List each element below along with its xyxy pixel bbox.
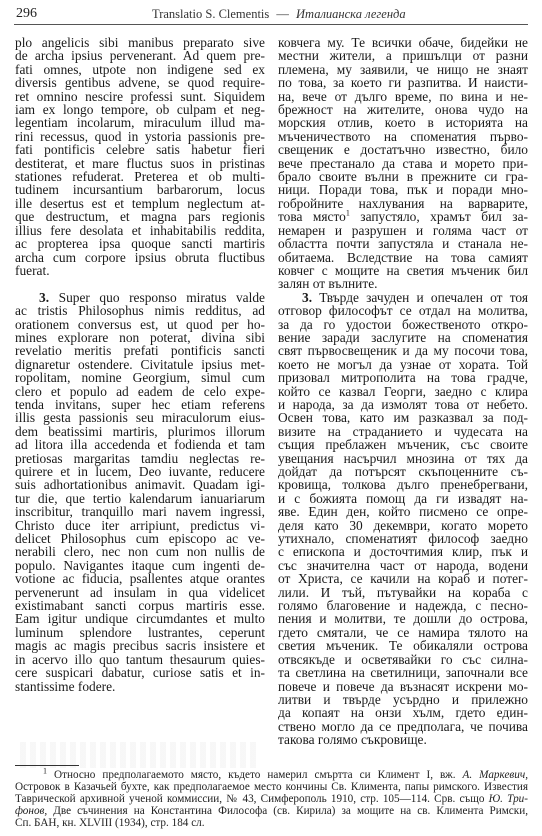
text-line: утихнало, споменатият философ заедно <box>278 532 528 545</box>
text-line: по това, за което ги разпитва. И наисти- <box>278 76 528 89</box>
text-line: dem beatissimi martiris, plurimos illoru… <box>15 425 265 438</box>
text-line: de archa ipsius pervenerant. Ad quem pre… <box>15 49 265 62</box>
text-line: stationes refuderat. Preterea et ob mult… <box>15 170 265 183</box>
text-line: ствено могло да се предполага, че почива <box>278 720 528 733</box>
text-line: destiterat, et mare fluctus suos in pris… <box>15 157 265 170</box>
footnote-marker: 1 <box>43 766 47 775</box>
text-line: свят първосвещеник и да му посочи това, <box>278 344 528 357</box>
text-line: fati pontificis celebre satis habetur fi… <box>15 143 265 156</box>
text-line: cere suspicari dabatur, curiose satis et… <box>15 666 265 679</box>
text-line: tur die, que tertio kalendarum ianuariar… <box>15 492 265 505</box>
text-line: revelatio meritis prefati pontificis san… <box>15 344 265 357</box>
text-line: което не могъл да узнае от хората. Той <box>278 358 528 371</box>
text-line: magis ac magis precibus sacris insistere… <box>15 639 265 652</box>
text-line: pervenerunt ad insulam in qua videlicet <box>15 586 265 599</box>
text-line: quirere et in lucem, Deo iuvante, reduce… <box>15 465 265 478</box>
text-line: illis gesta passionis seu miraculorum ei… <box>15 411 265 424</box>
text-line: деля като 30 декември, когато морето <box>278 519 528 532</box>
text-line: diversis gentibus advene, se quod requir… <box>15 76 265 89</box>
latin-paragraph-2-end: plo angelicis sibi manibus preparato siv… <box>15 36 265 277</box>
footnote-line-5: Сп. БАН, кн. XLVIII (1934), стр. 184 сл. <box>15 818 528 830</box>
text-line: mines explorare non poterat, divina sibi <box>15 331 265 344</box>
text-line: увещания насърчил мнозина от тях да <box>278 452 528 465</box>
text-line: illius fere desolata et inhabitabilis re… <box>15 224 265 237</box>
bulgarian-paragraph-2-end: ковчега му. Те всички обаче, бидейки нем… <box>278 36 528 210</box>
text-line: племена, му заявили, че нищо не знаят <box>278 63 528 76</box>
text-line: Christo duce iter arripiunt, predictus v… <box>15 519 265 532</box>
text-line: голямо благовение и надежда, с песно- <box>278 599 528 612</box>
text-line: nerabili clero, nec non cum non nullis d… <box>15 545 265 558</box>
text-line: визите на страданието и чудесата на <box>278 425 528 438</box>
text-line: областта почти запустяла и станала не- <box>278 237 528 250</box>
text-line: за да го удостои божественото откро- <box>278 318 528 331</box>
text-line: от Христа, се качили на кораб и потег- <box>278 572 528 585</box>
text-line: orationem conversus est, ut quod per ho- <box>15 318 265 331</box>
text-line: dignaretur ostendere. Civitatule ipsius … <box>15 358 265 371</box>
text-line: fuerat. <box>15 264 265 277</box>
running-title: Translatio S. Clementis — Италианска лег… <box>152 7 406 22</box>
running-title-latin: Translatio S. Clementis <box>152 7 269 21</box>
page-number: 296 <box>16 6 37 22</box>
text-line: брежност на жителите, онова чудо на <box>278 103 528 116</box>
text-line: брало своите вълни в прежните си гра- <box>278 170 528 183</box>
text-line: на, вече от дълго време, по вина и не- <box>278 90 528 103</box>
text-line: гдето смятали, че се намира тялото на <box>278 626 528 639</box>
text-line: яве. Един ден, който писмено се опре- <box>278 505 528 518</box>
text-line: clero et populo ad eadem de celo expe- <box>15 385 265 398</box>
text-line: ници. Поради това, пък и поради мно- <box>278 183 528 196</box>
bulgarian-paragraph-3-first-line: 3. Твърде зачуден и опечален от тоя <box>278 291 528 304</box>
latin-paragraph-3-first-line: 3. Super quo responso miratus valde <box>15 291 265 304</box>
text-line: литви и твърде усърдно и прилежно <box>278 693 528 706</box>
text-line: ret omnino nescire professi sunt. Siquid… <box>15 90 265 103</box>
text-line: отговор философът се отдал на молитва, <box>278 304 528 317</box>
bulgarian-paragraph-2-rest: немарен и разрушен и голяма част отоблас… <box>278 224 528 291</box>
bulgarian-text-column: ковчега му. Те всички обаче, бидейки нем… <box>278 36 528 747</box>
text-line: светия мъченик. Те обикаляли острова <box>278 639 528 652</box>
text-line: обитаема. Вследствие на това самият <box>278 251 528 264</box>
footnote-line-4: фонов, Две съчинения на Константина Фило… <box>15 806 528 818</box>
text-line: и с божията помощ да ги извадят на- <box>278 492 528 505</box>
text-line: ковчега му. Те всички обаче, бидейки не <box>278 36 528 49</box>
text-line: да копаят на онзи хълм, гдето един- <box>278 706 528 719</box>
text-line: лили. И тъй, пътувайки на кораба с <box>278 586 528 599</box>
text-line: с епископа и досточтимия клир, пък и <box>278 545 528 558</box>
text-line: suis adhortationibus animavit. Quadam ig… <box>15 478 265 491</box>
text-line: пения и молитви, те дошли до острова, <box>278 612 528 625</box>
text-line: ac propterea ipsa quoque sancti martiris <box>15 237 265 250</box>
text-line: вение заради заслугите на споменатия <box>278 331 528 344</box>
text-line: inscribitur, tranquillo mari navem ingre… <box>15 505 265 518</box>
text-line: existimabant sancti corpus martiris esse… <box>15 599 265 612</box>
footnote-separator-rule <box>15 765 79 766</box>
text-line: дойдат да потърсят скъпоценните съ- <box>278 465 528 478</box>
text-line: та светлина на светилници, започнали все <box>278 666 528 679</box>
text-line: местни жители, а пришълци от разни <box>278 49 528 62</box>
text-line: повече и повече да възнасят искрени мо- <box>278 680 528 693</box>
paragraph-gap <box>15 277 265 290</box>
text-line: залян от вълните. <box>278 277 528 290</box>
text-line: stantissime fodere. <box>15 680 265 693</box>
latin-paragraph-3: ac tristis Philosophus nimis redditus, a… <box>15 304 265 693</box>
text-line: ropolitam, nomine Georgium, simul cum <box>15 371 265 384</box>
title-separator: — <box>276 7 289 21</box>
text-line: отвсякъде и осветявайки го със силна- <box>278 653 528 666</box>
text-line: legentiam incolarum, miraculum illud ma- <box>15 116 265 129</box>
text-line: вече престанало да става и морето при- <box>278 157 528 170</box>
text-line: rini recessus, quod in ystoria passionis… <box>15 130 265 143</box>
text-line: и народа, за да измолят това от небето. <box>278 398 528 411</box>
bulgarian-paragraph-3: отговор философът се отдал на молитва,за… <box>278 304 528 746</box>
text-line: fati omnes, utpote non indigene sed ex <box>15 63 265 76</box>
text-line: ad litora illa accedenda et fodienda et … <box>15 438 265 451</box>
text-line: tudinem incursantium barbarorum, locus <box>15 183 265 196</box>
text-line: ac tristis Philosophus nimis redditus, a… <box>15 304 265 317</box>
text-line: delicet Philosophus cum episcopo ac ve- <box>15 532 265 545</box>
text-line: ковчег с мощите на светия мъченик бил <box>278 264 528 277</box>
text-line: такова голямо съкровище. <box>278 733 528 746</box>
text-line: Освен това, като им разказвал за под- <box>278 411 528 424</box>
text-line: морския отлив, което в историята на <box>278 116 528 129</box>
text-line: свещеник е достатъчно известно, било <box>278 143 528 156</box>
running-header: 296 Translatio S. Clementis — Италианска… <box>14 4 528 25</box>
latin-text-column: plo angelicis sibi manibus preparato siv… <box>15 36 265 693</box>
text-line: in acervo illo quo tantum thesaurum quie… <box>15 653 265 666</box>
text-line: мъченичеството на споменатия първо- <box>278 130 528 143</box>
text-line: plo angelicis sibi manibus preparato siv… <box>15 36 265 49</box>
footnote-block: 1 Относно предполагаемото място, където … <box>15 770 528 829</box>
text-line: populo. Navigantes itaque cum ingenti de… <box>15 559 265 572</box>
text-line: който се казвал Георги, заедно с клира <box>278 385 528 398</box>
text-line: pretiosas margaritas tamdiu neglectas re… <box>15 452 265 465</box>
text-line: tenda invitans, super hec etiam referens <box>15 398 265 411</box>
bulgarian-line-with-footnote: това място1 запустяло, храмът бил за- <box>278 210 528 223</box>
text-line: кровища, толкова дълго пренебрегвани, <box>278 478 528 491</box>
text-line: същия преблажен мъченик, със своите <box>278 438 528 451</box>
text-line: със значителна част от народа, водени <box>278 559 528 572</box>
text-line: ille desertus est et templum neglectum a… <box>15 197 265 210</box>
text-line: iam ex longo tempore, ob culpam et neg- <box>15 103 265 116</box>
text-line: que destructum, et magna pars regionis <box>15 210 265 223</box>
text-line: немарен и разрушен и голяма част от <box>278 224 528 237</box>
text-line: luminum splendore lustrantes, ceperunt <box>15 626 265 639</box>
text-line: archa cum corpore ipsius obruta fluctibu… <box>15 251 265 264</box>
running-title-bulgarian: Италианска легенда <box>296 7 406 21</box>
text-line: votione ac fiducia, psallentes atque ora… <box>15 572 265 585</box>
text-line: призовал митрополита на това градче, <box>278 371 528 384</box>
text-line: Eam igitur undique circumdantes et multo <box>15 612 265 625</box>
